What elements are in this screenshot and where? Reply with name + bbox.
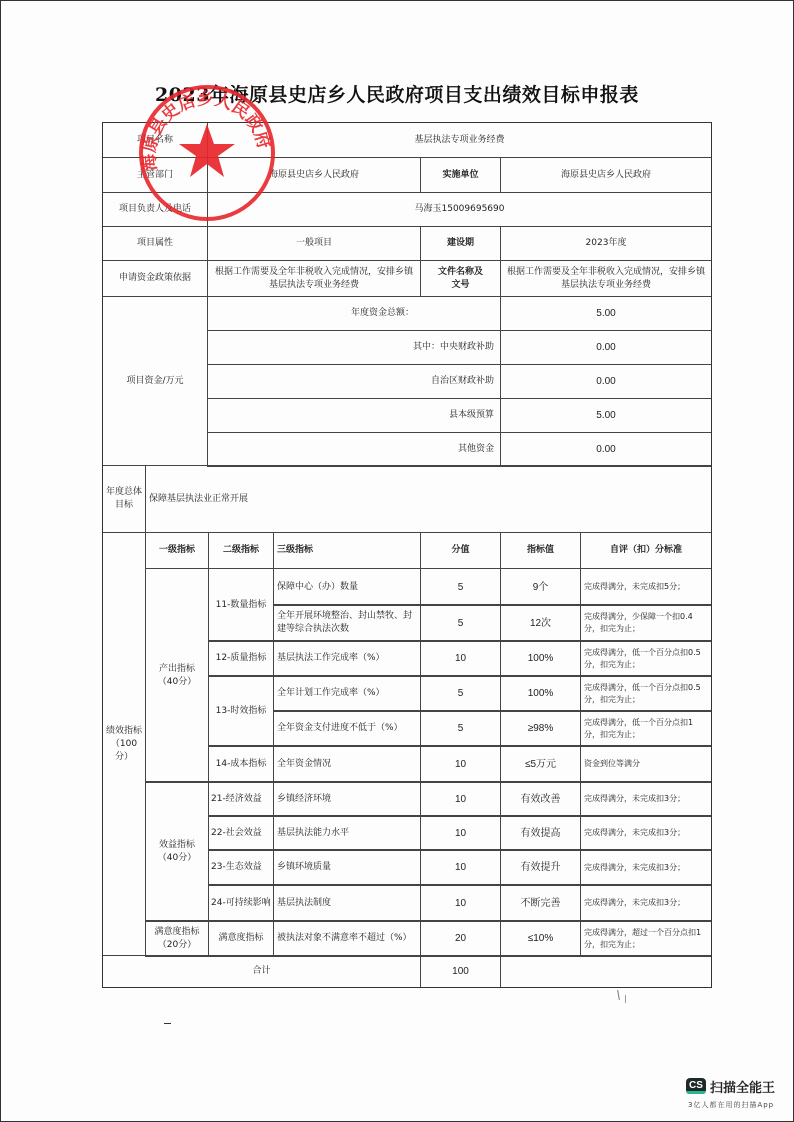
competent-dept-label: 主管部门 (102, 157, 208, 193)
scoring-standard: 完成得满分，低一个百分点扣0.5分，扣完为止； (580, 675, 712, 712)
scoring-standard: 完成得满分，未完成扣3分； (580, 815, 712, 851)
funds-label: 项目资金/万元 (102, 296, 208, 466)
fund-row-label: 自治区财政补助 (207, 364, 501, 399)
fund-row-value: 0.00 (500, 330, 712, 365)
perf-header-4: 指标值 (500, 532, 581, 569)
score-value: 10 (420, 884, 501, 922)
level3-indicator: 乡镇经济环境 (273, 781, 421, 817)
target-value: 不断完善 (500, 884, 581, 922)
watermark-brand: 扫描全能王 (710, 1077, 775, 1096)
level2-indicator: 24-可持续影响 (208, 884, 274, 922)
stray-mark (164, 1023, 171, 1024)
perf-header-1: 二级指标 (208, 532, 274, 569)
level1-label: 效益指标（40分） (149, 839, 205, 865)
score-value: 5 (420, 710, 501, 747)
level3-indicator: 基层执法制度 (273, 884, 421, 922)
level2-indicator: 11-数量指标 (208, 568, 274, 642)
scoring-standard: 完成得满分，未完成扣3分； (580, 884, 712, 922)
score-value: 5 (420, 675, 501, 712)
level3-indicator: 全年计划工作完成率（%） (273, 675, 421, 712)
score-value: 20 (420, 920, 501, 957)
leader-label: 项目负责人及电话 (102, 192, 208, 227)
level3-indicator: 保障中心（办）数量 (273, 568, 421, 606)
total-label: 合计 (102, 955, 421, 988)
target-value: 100% (500, 675, 581, 712)
target-value: ≤5万元 (500, 745, 581, 783)
level2-indicator: 21-经济效益 (208, 781, 274, 817)
score-value: 10 (420, 745, 501, 783)
score-value: 5 (420, 568, 501, 606)
total-blank (500, 955, 712, 988)
target-value: 有效改善 (500, 781, 581, 817)
fund-row-value: 5.00 (500, 296, 712, 331)
level1-indicator: 产出指标（40分） (145, 568, 209, 783)
attribute-value: 一般项目 (207, 226, 421, 261)
level3-indicator: 乡镇环境质量 (273, 849, 421, 886)
total-score: 100 (420, 955, 501, 988)
attribute-label: 项目属性 (102, 226, 208, 261)
target-value: 9个 (500, 568, 581, 606)
level2-indicator: 满意度指标 (208, 920, 274, 957)
level2-indicator: 14-成本指标 (208, 745, 274, 783)
target-value: ≤10% (500, 920, 581, 957)
score-value: 5 (420, 604, 501, 642)
doc-label: 文件名称及文号 (420, 260, 501, 297)
annual-goal-text: 保障基层执法业正常开展 (145, 465, 712, 533)
project-name-value: 基层执法专项业务经费 (207, 122, 712, 158)
fund-row-value: 0.00 (500, 364, 712, 399)
level3-indicator: 被执法对象不满意率不超过（%） (273, 920, 421, 957)
perf-header-2: 三级指标 (273, 532, 421, 569)
project-name-label: 项目名称 (102, 122, 208, 158)
doc-value: 根据工作需要及全年非税收入完成情况，安排乡镇基层执法专项业务经费 (500, 260, 712, 297)
level3-indicator: 基层执法工作完成率（%） (273, 640, 421, 677)
camscanner-logo-icon: CS (686, 1078, 706, 1094)
watermark-slogan: 3亿人都在用的扫描App (688, 1100, 774, 1110)
level1-indicator: 效益指标（40分） (145, 781, 209, 922)
fund-row-value: 5.00 (500, 398, 712, 433)
level3-indicator: 全年资金情况 (273, 745, 421, 783)
level1-label: 产出指标（40分） (149, 663, 205, 689)
level3-indicator: 全年开展环境整治、封山禁牧、封建等综合执法次数 (273, 604, 421, 642)
fund-row-label: 县本级预算 (207, 398, 501, 433)
scoring-standard: 完成得满分，超过一个百分点扣1分，扣完为止； (580, 920, 712, 957)
period-label: 建设期 (420, 226, 501, 261)
scoring-standard: 完成得满分，低一个百分点扣0.5分，扣完为止； (580, 640, 712, 677)
policy-label: 申请资金政策依据 (102, 260, 208, 297)
score-value: 10 (420, 849, 501, 886)
scanner-watermark: CS 扫描全能王 3亿人都在用的扫描App (686, 1076, 786, 1116)
policy-value: 根据工作需要及全年非税收入完成情况，安排乡镇基层执法专项业务经费 (207, 260, 421, 297)
level2-indicator: 23-生态效益 (208, 849, 274, 886)
score-value: 10 (420, 640, 501, 677)
competent-dept-value: 海原县史店乡人民政府 (207, 157, 421, 193)
leader-value: 马海玉15009695690 (207, 192, 712, 227)
score-value: 10 (420, 815, 501, 851)
level1-indicator: 满意度指标（20分） (145, 920, 209, 957)
target-value: 有效提升 (500, 849, 581, 886)
perf-header-5: 自评（扣）分标准 (580, 532, 712, 569)
pen-mark (625, 995, 626, 1003)
performance-table: 项目名称 基层执法专项业务经费 主管部门 海原县史店乡人民政府 实施单位 海原县… (0, 0, 794, 1122)
scoring-standard: 完成得满分，未完成扣5分； (580, 568, 712, 606)
target-value: 100% (500, 640, 581, 677)
fund-row-label: 年度资金总额： (207, 296, 501, 331)
scoring-standard: 完成得满分，低一个百分点扣1分，扣完为止； (580, 710, 712, 747)
score-value: 10 (420, 781, 501, 817)
perf-header-3: 分值 (420, 532, 501, 569)
target-value: 12次 (500, 604, 581, 642)
level3-indicator: 基层执法能力水平 (273, 815, 421, 851)
scoring-standard: 完成得满分，未完成扣3分； (580, 781, 712, 817)
level2-indicator: 13-时效指标 (208, 675, 274, 747)
annual-goal-label: 年度总体目标 (102, 465, 146, 533)
impl-unit-label: 实施单位 (420, 157, 501, 193)
performance-label: 绩效指标（100分） (102, 532, 146, 956)
fund-row-value: 0.00 (500, 432, 712, 467)
level2-indicator: 12-质量指标 (208, 640, 274, 677)
level1-label: 满意度指标（20分） (149, 926, 205, 952)
scoring-standard: 完成得满分，未完成扣3分； (580, 849, 712, 886)
perf-header-0: 一级指标 (145, 532, 209, 569)
period-value: 2023年度 (500, 226, 712, 261)
fund-row-label: 其中：中央财政补助 (207, 330, 501, 365)
target-value: 有效提高 (500, 815, 581, 851)
scoring-standard: 资金到位等满分 (580, 745, 712, 783)
scoring-standard: 完成得满分，少保障一个扣0.4分，扣完为止； (580, 604, 712, 642)
fund-row-label: 其他资金 (207, 432, 501, 467)
target-value: ≥98% (500, 710, 581, 747)
level2-indicator: 22-社会效益 (208, 815, 274, 851)
impl-unit-value: 海原县史店乡人民政府 (500, 157, 712, 193)
level3-indicator: 全年资金支付进度不低于（%） (273, 710, 421, 747)
